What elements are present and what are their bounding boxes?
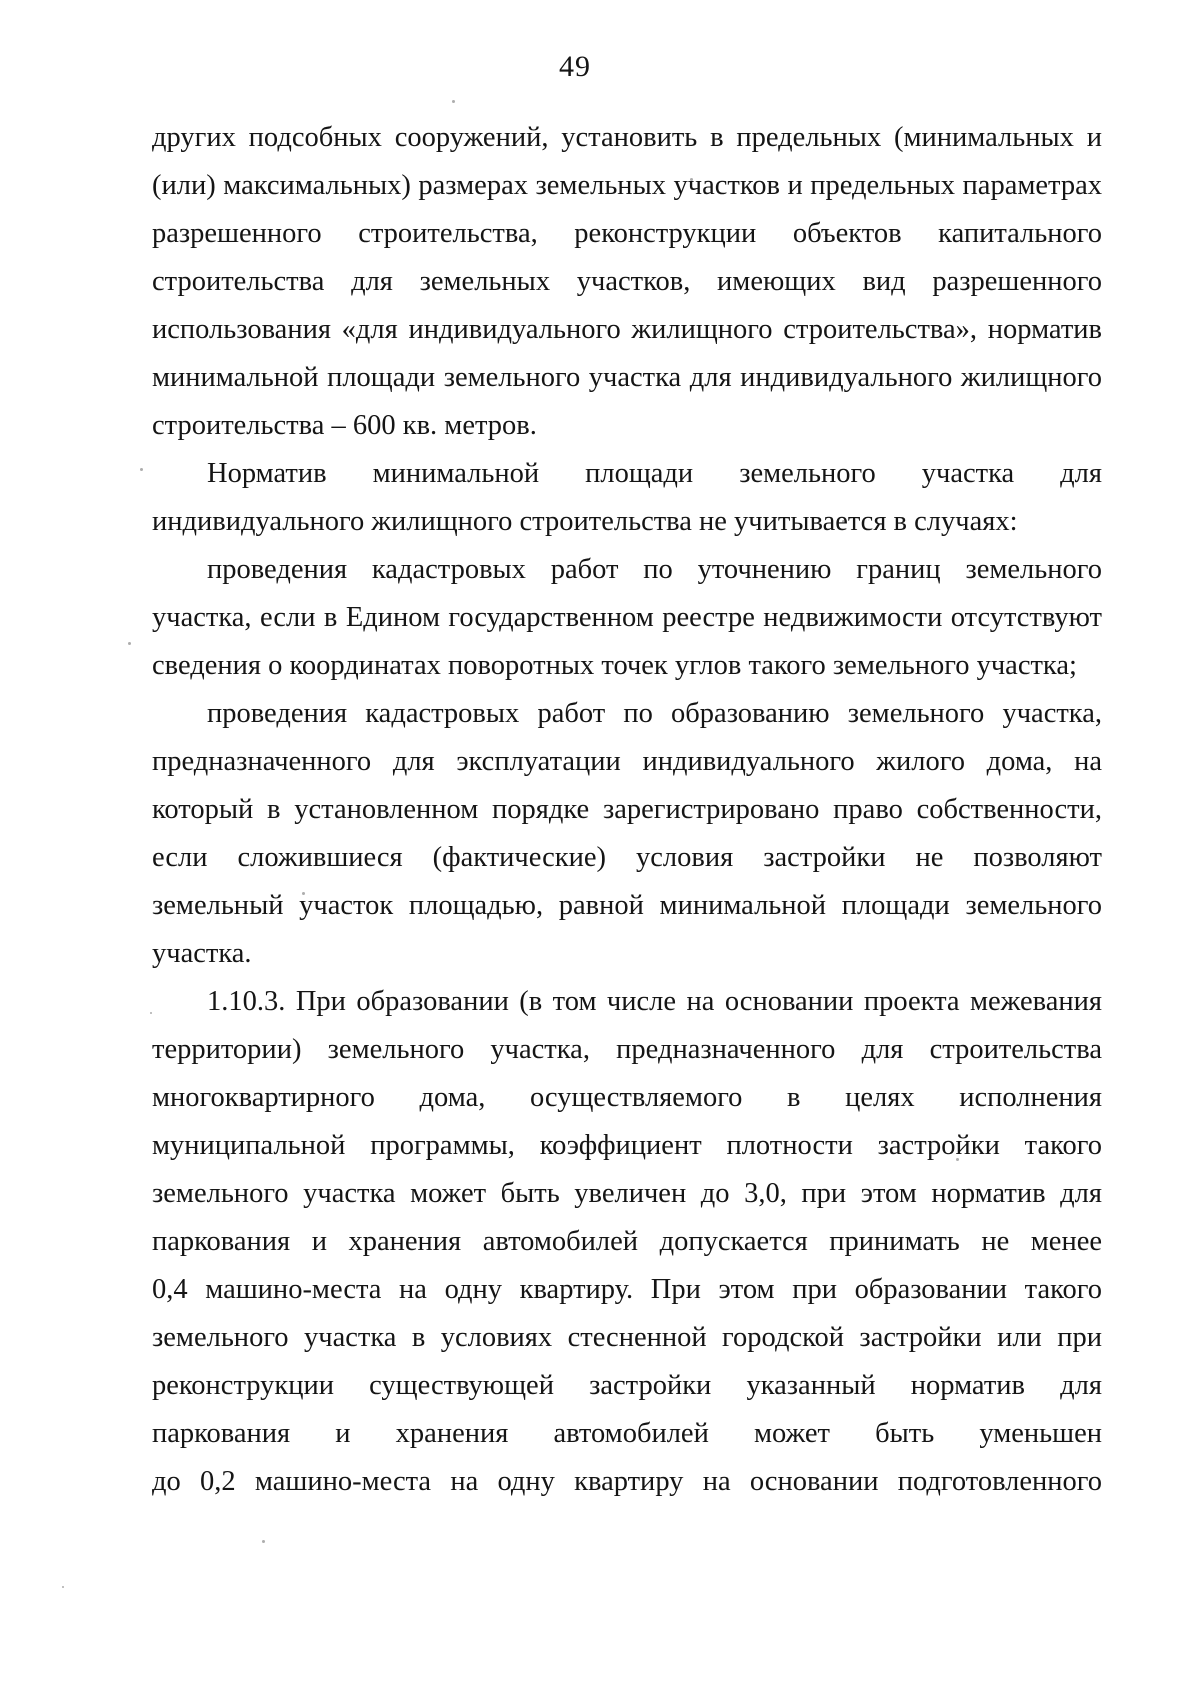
text-line: который в установленном порядке зарегист… <box>152 786 1102 834</box>
text-line: минимальной площади земельного участка д… <box>152 354 1102 402</box>
scan-speck <box>128 642 131 645</box>
text-line: Норматив минимальной площади земельного … <box>152 450 1102 498</box>
paragraph: Норматив минимальной площади земельного … <box>152 450 1102 546</box>
paragraph: проведения кадастровых работ по уточнени… <box>152 546 1102 690</box>
text-line: муниципальной программы, коэффициент пло… <box>152 1122 1102 1170</box>
scan-speck <box>262 1540 265 1543</box>
text-line: территории) земельного участка, предназн… <box>152 1026 1102 1074</box>
scan-speck <box>302 892 305 895</box>
text-line: многоквартирного дома, осуществляемого в… <box>152 1074 1102 1122</box>
text-line: земельный участок площадью, равной миним… <box>152 882 1102 930</box>
page-number: 49 <box>545 50 605 84</box>
text-line: проведения кадастровых работ по образова… <box>152 690 1102 738</box>
text-line: сведения о координатах поворотных точек … <box>152 642 1102 690</box>
paragraph: 1.10.3. При образовании (в том числе на … <box>152 978 1102 1506</box>
text-line: проведения кадастровых работ по уточнени… <box>152 546 1102 594</box>
document-body: других подсобных сооружений, установить … <box>152 114 1102 1506</box>
scan-speck <box>690 178 693 181</box>
scan-speck <box>842 520 845 523</box>
text-line: 1.10.3. При образовании (в том числе на … <box>152 978 1102 1026</box>
text-line: (или) максимальных) размерах земельных у… <box>152 162 1102 210</box>
scan-speck <box>150 1012 152 1014</box>
scan-speck <box>140 468 143 471</box>
paragraph: других подсобных сооружений, установить … <box>152 114 1102 450</box>
text-line: разрешенного строительства, реконструкци… <box>152 210 1102 258</box>
text-line: паркования и хранения автомобилей может … <box>152 1410 1102 1458</box>
scan-speck <box>248 384 250 386</box>
text-line: предназначенного для эксплуатации индиви… <box>152 738 1102 786</box>
scan-speck <box>1048 620 1051 623</box>
text-line: индивидуального жилищного строительства … <box>152 498 1102 546</box>
text-line: до 0,2 машино-места на одну квартиру на … <box>152 1458 1102 1506</box>
text-line: реконструкции существующей застройки ука… <box>152 1362 1102 1410</box>
scan-speck <box>62 1586 64 1588</box>
text-line: участка, если в Едином государственном р… <box>152 594 1102 642</box>
text-line: паркования и хранения автомобилей допуск… <box>152 1218 1102 1266</box>
text-line: земельного участка может быть увеличен д… <box>152 1170 1102 1218</box>
text-line: других подсобных сооружений, установить … <box>152 114 1102 162</box>
text-line: земельного участка в условиях стесненной… <box>152 1314 1102 1362</box>
text-line: строительства – 600 кв. метров. <box>152 402 1102 450</box>
paragraph: проведения кадастровых работ по образова… <box>152 690 1102 978</box>
text-line: строительства для земельных участков, им… <box>152 258 1102 306</box>
text-line: использования «для индивидуального жилищ… <box>152 306 1102 354</box>
scanned-page: 49 других подсобных сооружений, установи… <box>0 0 1200 1690</box>
scan-speck <box>956 1158 959 1161</box>
scan-speck <box>452 100 455 103</box>
text-line: участка. <box>152 930 1102 978</box>
text-line: если сложившиеся (фактические) условия з… <box>152 834 1102 882</box>
text-line: 0,4 машино-места на одну квартиру. При э… <box>152 1266 1102 1314</box>
